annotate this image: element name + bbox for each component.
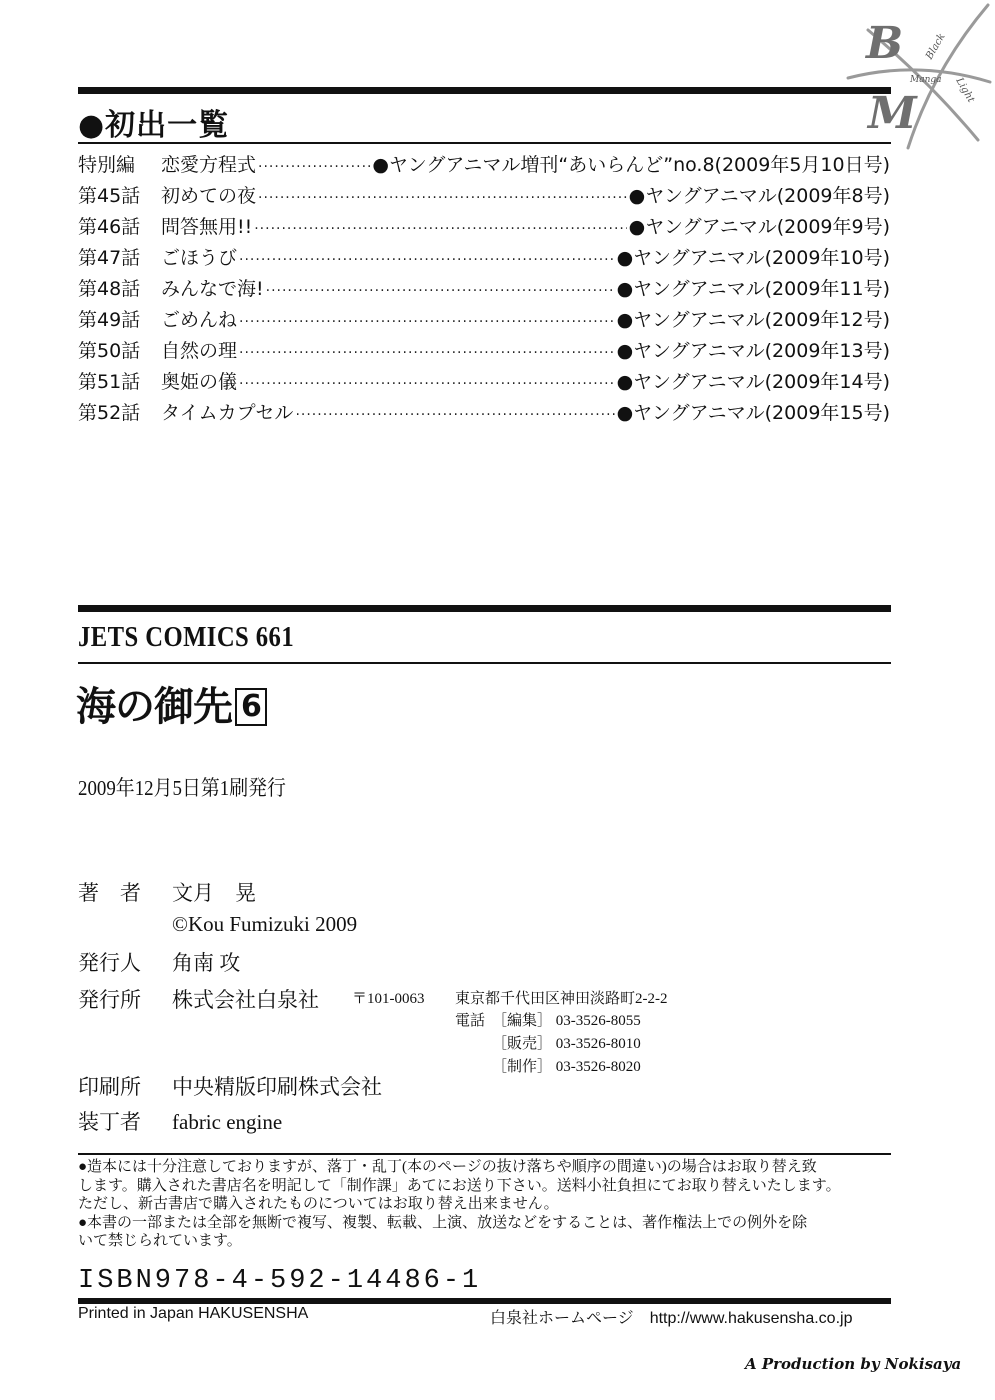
top-thick-rule: [78, 87, 891, 94]
notice-text: ●造本には十分注意しておりますが、落丁・乱丁(本のページの抜け落ちや順序の間違い…: [78, 1158, 908, 1251]
phone-number: 03-3526-8055: [556, 1013, 641, 1029]
chapter-number: 第47話: [78, 243, 161, 270]
book-title-text: 海の御先: [76, 684, 232, 730]
phone-number: 03-3526-8010: [556, 1036, 641, 1052]
publisher-label: 発行所: [78, 984, 172, 1014]
svg-text:Black: Black: [924, 32, 948, 63]
chapter-number: 第48話: [78, 274, 161, 301]
notice-line: ただし、新古書店で購入されたものについてはお取り替え出来ません。: [78, 1195, 908, 1214]
chapter-source: ●ヤングアニマル(2009年14号): [617, 367, 890, 394]
designer-name: fabric engine: [172, 1110, 282, 1135]
list-item: 第45話 初めての夜 ●ヤングアニマル(2009年8号): [78, 181, 890, 212]
phone-number: 03-3526-8020: [556, 1059, 641, 1075]
issuer-name: 角南 攻: [172, 947, 240, 977]
first-appearance-heading: ●初出一覧: [78, 100, 229, 144]
colophon-thick-rule: [78, 605, 891, 612]
designer-label: 装丁者: [78, 1106, 172, 1136]
leader-dots: [258, 190, 627, 206]
chapter-title: 問答無用!!: [161, 212, 252, 239]
book-title: 海の御先6: [76, 675, 267, 732]
printer-name: 中央精版印刷株式会社: [172, 1071, 382, 1101]
issuer-row: 発行人角南 攻: [78, 947, 240, 977]
list-item: 第49話 ごめんね ●ヤングアニマル(2009年12号): [78, 305, 890, 336]
chapter-title: 初めての夜: [161, 181, 256, 208]
list-item: 第50話 自然の理 ●ヤングアニマル(2009年13号): [78, 336, 890, 367]
chapter-source: ●ヤングアニマル(2009年13号): [617, 336, 890, 363]
chapter-source: ●ヤングアニマル(2009年12号): [617, 305, 890, 332]
chapter-source: ●ヤングアニマル(2009年11号): [617, 274, 890, 301]
publisher-name: 株式会社白泉社: [172, 984, 319, 1014]
publisher-homepage: 白泉社ホームページhttp://www.hakusensha.co.jp: [490, 1305, 852, 1328]
chapter-number: 第46話: [78, 212, 161, 239]
list-item: 特別編 恋愛方程式 ●ヤングアニマル増刊“あいらんど”no.8(2009年5月1…: [78, 150, 890, 181]
volume-number: 6: [235, 688, 267, 726]
notice-line: します。購入された書店名を明記して「制作課」あてにお送り下さい。送料小社負担にて…: [78, 1177, 908, 1196]
printed-in: Printed in Japan HAKUSENSHA: [78, 1305, 308, 1323]
copyright-row: ©Kou Fumizuki 2009: [78, 912, 357, 937]
chapter-title: ごほうび: [161, 243, 237, 270]
watermark-b: B: [864, 18, 903, 69]
phone-dept: ［販売］: [492, 1036, 552, 1052]
notice-line: ●造本には十分注意しておりますが、落丁・乱丁(本のページの抜け落ちや順序の間違い…: [78, 1158, 908, 1177]
leader-dots: [254, 221, 626, 237]
svg-text:Light: Light: [953, 75, 977, 105]
homepage-url[interactable]: http://www.hakusensha.co.jp: [650, 1310, 853, 1327]
list-item: 第47話 ごほうび ●ヤングアニマル(2009年10号): [78, 243, 890, 274]
list-item: 第48話 みんなで海! ●ヤングアニマル(2009年11号): [78, 274, 890, 305]
series-label: JETS COMICS 661: [78, 622, 294, 654]
leader-dots: [258, 159, 370, 175]
homepage-label: 白泉社ホームページ: [490, 1310, 634, 1327]
chapter-title: みんなで海!: [161, 274, 264, 301]
publisher-row: 発行所株式会社白泉社: [78, 984, 319, 1014]
chapter-source: ●ヤングアニマル(2009年15号): [617, 398, 890, 425]
phone-row: ［編集］ 03-3526-8055: [492, 1009, 641, 1030]
chapter-number: 第45話: [78, 181, 161, 208]
list-item: 第46話 問答無用!! ●ヤングアニマル(2009年9号): [78, 212, 890, 243]
leader-dots: [239, 252, 615, 268]
chapter-title: ごめんね: [161, 305, 237, 332]
chapter-number: 第49話: [78, 305, 161, 332]
isbn: ISBN978-4-592-14486-1: [78, 1266, 481, 1296]
phone-dept: ［編集］: [492, 1013, 552, 1029]
phone-label: 電話: [455, 1009, 485, 1030]
footer-thick-rule: [78, 1298, 891, 1304]
chapter-title: タイムカプセル: [161, 398, 293, 425]
chapter-source: ●ヤングアニマル増刊“あいらんど”no.8(2009年5月10日号): [372, 150, 890, 177]
chapter-title: 恋愛方程式: [161, 150, 256, 177]
phone-row: ［制作］ 03-3526-8020: [492, 1055, 641, 1076]
watermark-m: M: [866, 88, 918, 139]
svg-text:Manga: Manga: [909, 75, 942, 85]
printer-label: 印刷所: [78, 1071, 172, 1101]
printer-row: 印刷所中央精版印刷株式会社: [78, 1071, 382, 1101]
chapter-title: 自然の理: [161, 336, 237, 363]
notice-line: ●本書の一部または全部を無断で複写、複製、転載、上演、放送などをすることは、著作…: [78, 1214, 908, 1233]
first-appearance-list: 特別編 恋愛方程式 ●ヤングアニマル増刊“あいらんど”no.8(2009年5月1…: [78, 150, 890, 429]
postal-code: 〒101-0063: [352, 987, 425, 1008]
list-item: 第52話 タイムカプセル ●ヤングアニマル(2009年15号): [78, 398, 890, 429]
chapter-source: ●ヤングアニマル(2009年8号): [629, 181, 890, 208]
notice-line: いて禁じられています。: [78, 1232, 908, 1251]
issuer-label: 発行人: [78, 947, 172, 977]
phone-dept: ［制作］: [492, 1059, 552, 1075]
chapter-number: 第51話: [78, 367, 161, 394]
chapter-title: 奥姫の儀: [161, 367, 237, 394]
series-underline: [78, 662, 891, 664]
publication-date: 2009年12月5日第1刷発行: [78, 772, 286, 802]
leader-dots: [266, 283, 615, 299]
scanlation-credit: A Production by Nokisaya: [745, 1355, 961, 1373]
chapter-number: 特別編: [78, 150, 161, 177]
author-name: 文月 晃: [172, 877, 256, 907]
leader-dots: [239, 345, 615, 361]
leader-dots: [239, 314, 615, 330]
chapter-source: ●ヤングアニマル(2009年10号): [617, 243, 890, 270]
copyright: ©Kou Fumizuki 2009: [172, 912, 357, 937]
phone-row: ［販売］ 03-3526-8010: [492, 1032, 641, 1053]
heading-underline: [78, 142, 891, 144]
leader-dots: [239, 376, 615, 392]
notice-rule: [78, 1153, 891, 1155]
list-item: 第51話 奥姫の儀 ●ヤングアニマル(2009年14号): [78, 367, 890, 398]
author-label: 著 者: [78, 877, 172, 907]
address: 東京都千代田区神田淡路町2-2-2: [455, 987, 668, 1008]
author-row: 著 者文月 晃: [78, 877, 256, 907]
chapter-source: ●ヤングアニマル(2009年9号): [629, 212, 890, 239]
leader-dots: [295, 407, 614, 423]
chapter-number: 第52話: [78, 398, 161, 425]
designer-row: 装丁者fabric engine: [78, 1106, 282, 1136]
scanlation-watermark-logo: B M Black Light Manga: [838, 0, 995, 150]
chapter-number: 第50話: [78, 336, 161, 363]
